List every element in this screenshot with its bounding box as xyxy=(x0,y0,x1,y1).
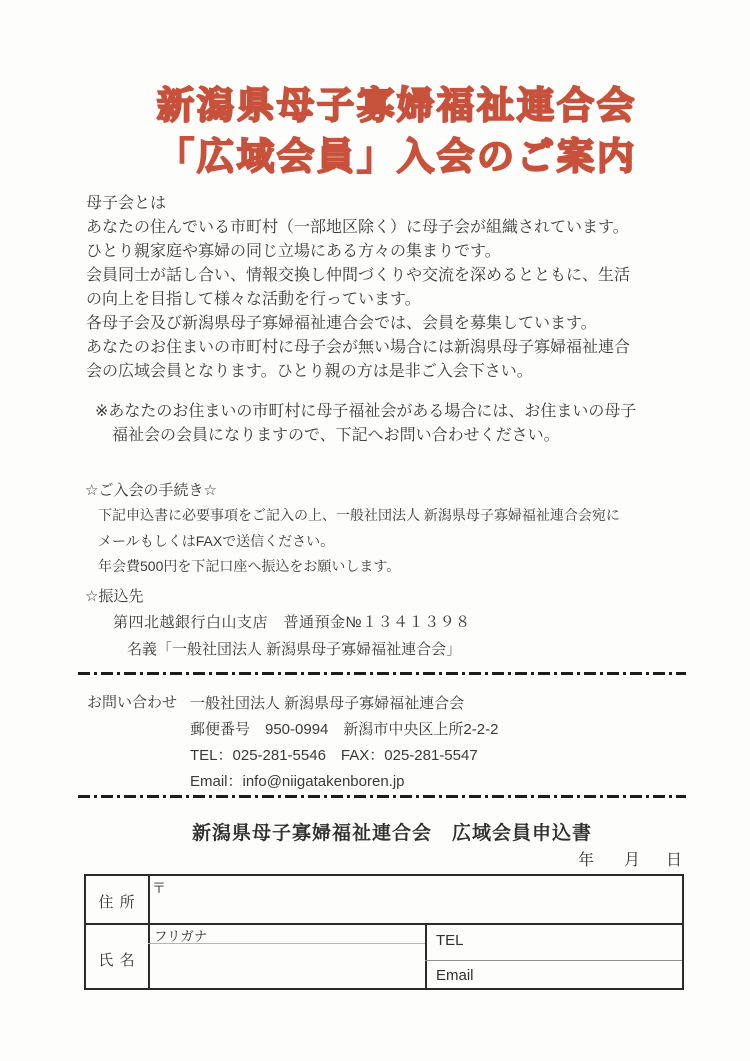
note-line: 福祉会の会員になりますので、下記へお問い合わせください。 xyxy=(112,424,636,448)
intro-section: 母子会とは あなたの住んでいる市町村（一部地区除く）に母子会が組織されています。… xyxy=(86,192,630,384)
application-form-table: 住 所 〒 氏 名 フリガナ TEL Email xyxy=(84,874,684,990)
intro-line: あなたのお住まいの市町村に母子会が無い場合には新潟県母子寡婦福祉連合 xyxy=(86,336,630,360)
note-line: ※あなたのお住まいの市町村に母子福祉会がある場合には、お住まいの母子 xyxy=(95,400,636,424)
date-year-label: 年 xyxy=(578,847,594,870)
procedure-section: ☆ご入会の手続き☆ 下記申込書に必要事項をご記入の上、一般社団法人 新潟県母子寡… xyxy=(85,478,620,579)
document-title-line1: 新潟県母子寡婦福祉連合会 xyxy=(22,80,750,131)
document-title: 新潟県母子寡婦福祉連合会 「広域会員」入会のご案内 xyxy=(22,80,750,182)
date-day-label: 日 xyxy=(666,847,682,870)
application-form-title: 新潟県母子寡婦福祉連合会 広域会員申込書 xyxy=(17,818,750,845)
date-month-label: 月 xyxy=(624,847,640,870)
contact-info: 一般社団法人 新潟県母子寡婦福祉連合会 郵便番号 950-0994 新潟市中央区… xyxy=(190,691,498,795)
note-section: ※あなたのお住まいの市町村に母子福祉会がある場合には、お住まいの母子 福祉会の会… xyxy=(95,400,636,447)
contact-email: Email：info@niigatakenboren.jp xyxy=(190,769,498,795)
email-field-label: Email xyxy=(436,967,474,984)
table-tel-column-divider xyxy=(425,923,427,988)
intro-line: あなたの住んでいる市町村（一部地区除く）に母子会が組織されています。 xyxy=(86,216,630,240)
intro-line: の向上を目指して様々な活動を行っています。 xyxy=(86,288,630,312)
contact-address: 郵便番号 950-0994 新潟市中央区上所2-2-2 xyxy=(190,717,498,743)
divider-top xyxy=(78,672,686,675)
intro-line: 会員同士が話し合い、情報交換し仲間づくりや交流を深めるとともに、生活 xyxy=(86,264,630,288)
transfer-heading: ☆振込先 xyxy=(85,584,471,610)
procedure-line: メールもしくはFAXで送信ください。 xyxy=(98,529,620,554)
name-row-label: 氏 名 xyxy=(86,949,148,970)
intro-line: 各母子会及び新潟県母子寡婦福祉連合会では、会員を募集しています。 xyxy=(86,312,630,336)
account-name-line: 名義「一般社団法人 新潟県母子寡婦福祉連合会」 xyxy=(127,637,471,663)
contact-org: 一般社団法人 新潟県母子寡婦福祉連合会 xyxy=(190,691,498,717)
bank-account-line: 第四北越銀行白山支店 普通預金№１３４１３９８ xyxy=(113,610,471,636)
procedure-line: 年会費500円を下記口座へ振込をお願いします。 xyxy=(98,554,620,579)
table-tel-email-divider xyxy=(425,960,682,961)
procedure-line: 下記申込書に必要事項をご記入の上、一般社団法人 新潟県母子寡婦福祉連合会宛に xyxy=(98,503,620,528)
contact-tel-fax: TEL：025-281-5546 FAX：025-281-5547 xyxy=(190,743,498,769)
procedure-heading: ☆ご入会の手続き☆ xyxy=(85,478,620,503)
divider-bottom xyxy=(78,795,686,798)
intro-line: ひとり親家庭や寡婦の同じ立場にある方々の集まりです。 xyxy=(86,240,630,264)
intro-heading: 母子会とは xyxy=(86,192,630,216)
intro-line: 会の広域会員となります。ひとり親の方は是非ご入会下さい。 xyxy=(86,360,630,384)
contact-label: お問い合わせ xyxy=(87,691,177,712)
transfer-section: ☆振込先 第四北越銀行白山支店 普通預金№１３４１３９８ 名義「一般社団法人 新… xyxy=(85,584,471,663)
postal-mark: 〒 xyxy=(152,878,166,898)
address-row-label: 住 所 xyxy=(86,891,148,912)
furigana-label: フリガナ xyxy=(154,925,207,945)
document-title-line2: 「広域会員」入会のご案内 xyxy=(22,131,750,182)
table-label-column-divider xyxy=(148,876,150,988)
document-page: 新潟県母子寡婦福祉連合会 「広域会員」入会のご案内 母子会とは あなたの住んでい… xyxy=(0,0,750,1061)
tel-field-label: TEL xyxy=(436,932,464,949)
